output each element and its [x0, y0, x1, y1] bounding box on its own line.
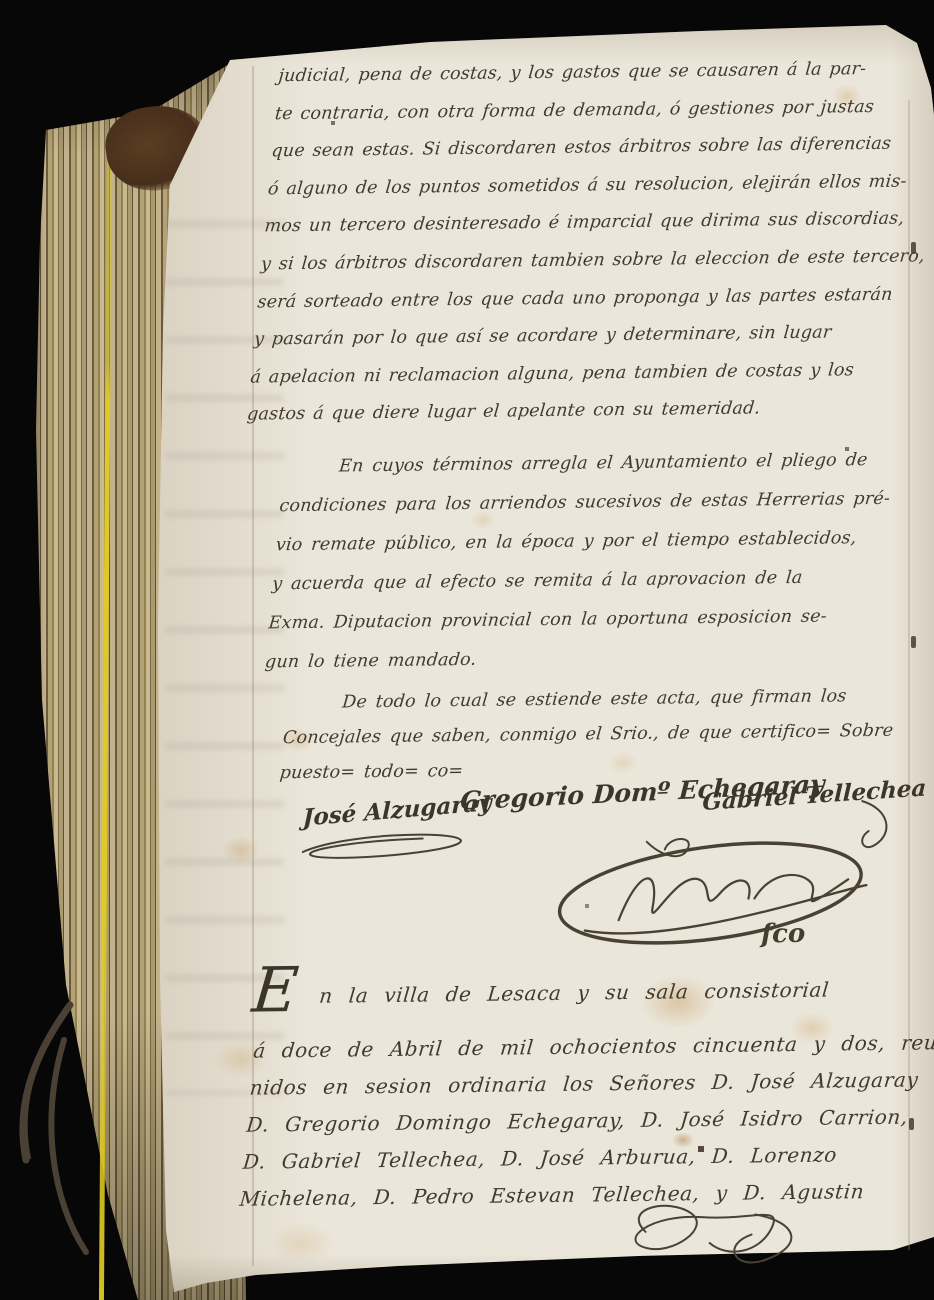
secretary-rubric: fco: [548, 835, 880, 967]
paraph-flourish: [605, 1196, 816, 1269]
paragraph-closing: De todo lo cual se estiende este acta, q…: [278, 678, 928, 791]
signature-flourish: [295, 830, 475, 866]
paragraph-session: á doce de Abril de mil ochocientos cincu…: [238, 1024, 920, 1217]
manuscript-line: n la villa de Lesaca y su sala consistor…: [318, 978, 830, 1008]
manuscript-line: vio remate público, en la época y por el…: [274, 518, 918, 565]
flourish-stroke: [635, 1204, 774, 1252]
rubric-note-text: fco: [759, 919, 806, 950]
ink-specks: [0, 0, 2, 2]
flourish-stroke: [734, 1214, 792, 1263]
drop-cap-letter: E: [249, 953, 301, 1027]
paragraph-arbitration-clause: judicial, pena de costas, y los gastos q…: [245, 50, 920, 434]
manuscript-line: gun lo tiene mandado.: [263, 636, 907, 683]
manuscript-line: gastos á que diere lugar el apelante con…: [245, 389, 888, 434]
session-opening-line: En la villa de Lesaca y su sala consisto…: [253, 954, 832, 987]
manuscript-text: judicial, pena de costas, y los gastos q…: [0, 0, 934, 1300]
flourish-stroke: [303, 834, 461, 858]
paragraph-agreement: En cuyos términos arregla el Ayuntamient…: [263, 440, 925, 682]
manuscript-line: Exma. Diputacion provincial con la oport…: [267, 597, 911, 644]
rubric-signature-stroke: [618, 877, 750, 920]
rubric-signature-stroke: [754, 874, 848, 902]
scanned-manuscript-photo: { "colors": { "background": "#070707", "…: [0, 0, 934, 1300]
rubric-oval: [554, 827, 868, 959]
